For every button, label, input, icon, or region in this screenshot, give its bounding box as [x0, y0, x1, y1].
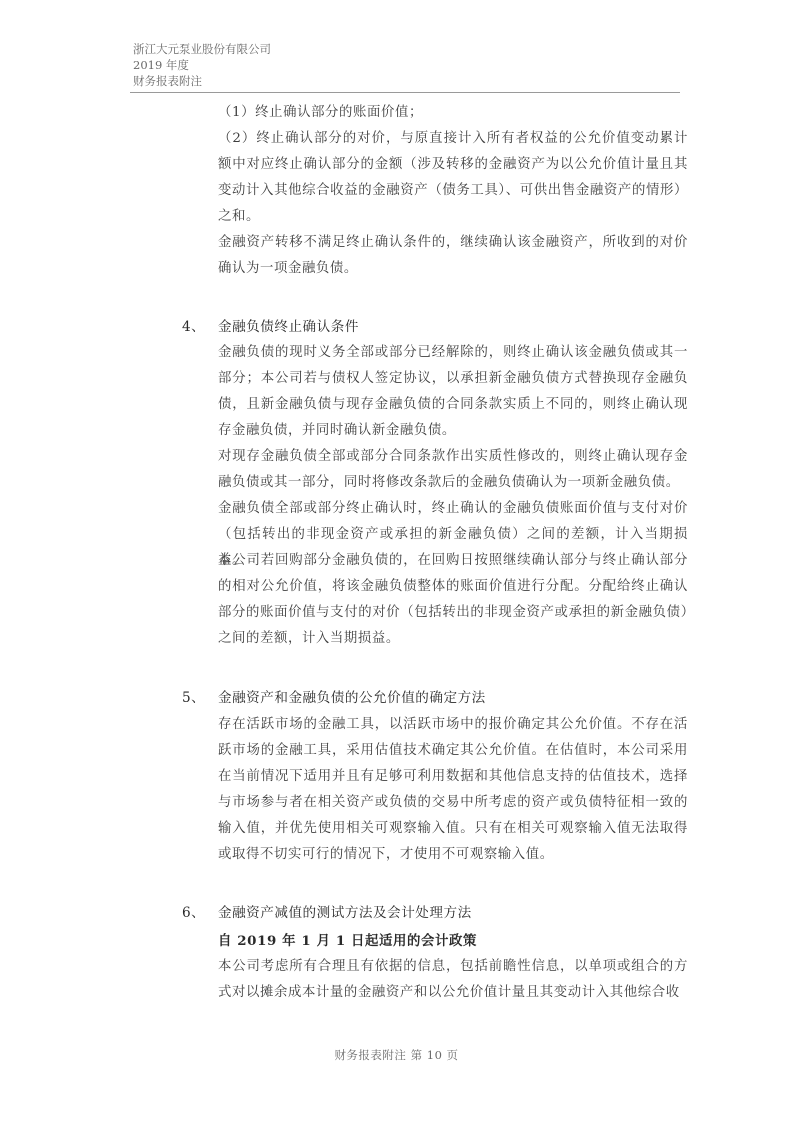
section-4-paragraph-1: 金融负债的现时义务全部或部分已经解除的，则终止确认该金融负债或其一部分；本公司若…: [218, 340, 688, 444]
intro-item-1: （1）终止确认部分的账面价值；: [218, 100, 688, 126]
section-number: 4、: [182, 316, 218, 338]
report-year: 2019 年度: [133, 57, 681, 73]
section-4-paragraph-4: 本公司若回购部分金融负债的，在回购日按照继续确认部分与终止确认部分的相对公允价值…: [218, 548, 688, 652]
company-name: 浙江大元泵业股份有限公司: [133, 41, 681, 57]
document-title: 财务报表附注: [133, 73, 681, 89]
section-6-subheading: 自 2019 年 1 月 1 日起适用的会计政策: [218, 928, 688, 954]
section-5-paragraph-1: 存在活跃市场的金融工具，以活跃市场中的报价确定其公允价值。不存在活跃市场的金融工…: [218, 712, 688, 868]
section-6-heading: 6、金融资产减值的测试方法及会计处理方法: [182, 902, 472, 924]
section-number: 6、: [182, 902, 218, 924]
section-title: 金融资产和金融负债的公允价值的确定方法: [218, 690, 486, 706]
section-4-heading: 4、金融负债终止确认条件: [182, 316, 359, 338]
section-title: 金融负债终止确认条件: [218, 319, 359, 335]
page-footer: 财务报表附注 第 10 页: [0, 1047, 793, 1063]
header-divider: [130, 92, 680, 93]
section-number: 5、: [182, 687, 218, 709]
section-4-paragraph-2: 对现存金融负债全部或部分合同条款作出实质性修改的，则终止确认现存金融负债或其一部…: [218, 444, 688, 496]
section-title: 金融资产减值的测试方法及会计处理方法: [218, 905, 472, 921]
section-5-heading: 5、金融资产和金融负债的公允价值的确定方法: [182, 687, 486, 709]
intro-paragraph: 金融资产转移不满足终止确认条件的，继续确认该金融资产，所收到的对价确认为一项金融…: [218, 230, 688, 282]
section-6-paragraph-1: 本公司考虑所有合理且有依据的信息，包括前瞻性信息，以单项或组合的方式对以摊余成本…: [218, 954, 688, 1006]
page-header: 浙江大元泵业股份有限公司 2019 年度 财务报表附注: [133, 41, 681, 89]
intro-item-2: （2）终止确认部分的对价，与原直接计入所有者权益的公允价值变动累计额中对应终止确…: [218, 126, 688, 230]
